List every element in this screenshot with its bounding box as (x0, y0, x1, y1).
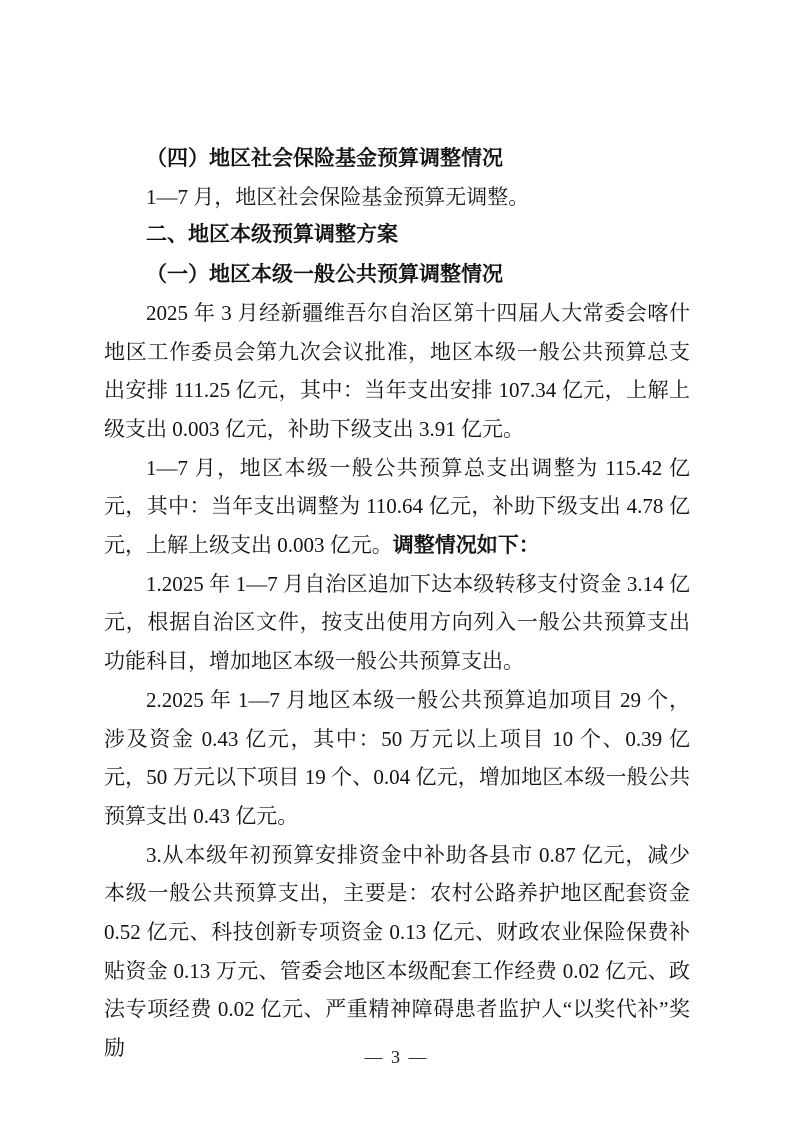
page-number: — 3 — (0, 1042, 793, 1072)
section-heading-general-public-budget: （一）地区本级一般公共预算调整情况 (104, 255, 690, 294)
document-body: （四）地区社会保险基金预算调整情况 1—7 月，地区社会保险基金预算无调整。 二… (104, 139, 690, 1068)
bold-lead-in-adjustment-details: 调整情况如下： (393, 533, 540, 557)
document-page: （四）地区社会保险基金预算调整情况 1—7 月，地区社会保险基金预算无调整。 二… (0, 0, 793, 1122)
paragraph-social-insurance: 1—7 月，地区社会保险基金预算无调整。 (104, 178, 690, 217)
section-heading-major-adjustment-plan: 二、地区本级预算调整方案 (104, 216, 690, 255)
paragraph-item-1-transfer-payment: 1.2025 年 1—7 月自治区追加下达本级转移支付资金 3.14 亿元，根据… (104, 565, 690, 681)
paragraph-item-2-added-projects: 2.2025 年 1—7 月地区本级一般公共预算追加项目 29 个，涉及资金 0… (104, 681, 690, 836)
paragraph-adjusted-budget: 1—7 月，地区本级一般公共预算总支出调整为 115.42 亿元，其中：当年支出… (104, 449, 690, 565)
paragraph-item-3-subsidies: 3.从本级年初预算安排资金中补助各县市 0.87 亿元，减少本级一般公共预算支出… (104, 836, 690, 1068)
paragraph-approved-budget: 2025 年 3 月经新疆维吾尔自治区第十四届人大常委会喀什地区工作委员会第九次… (104, 294, 690, 449)
section-heading-social-insurance: （四）地区社会保险基金预算调整情况 (104, 139, 690, 178)
